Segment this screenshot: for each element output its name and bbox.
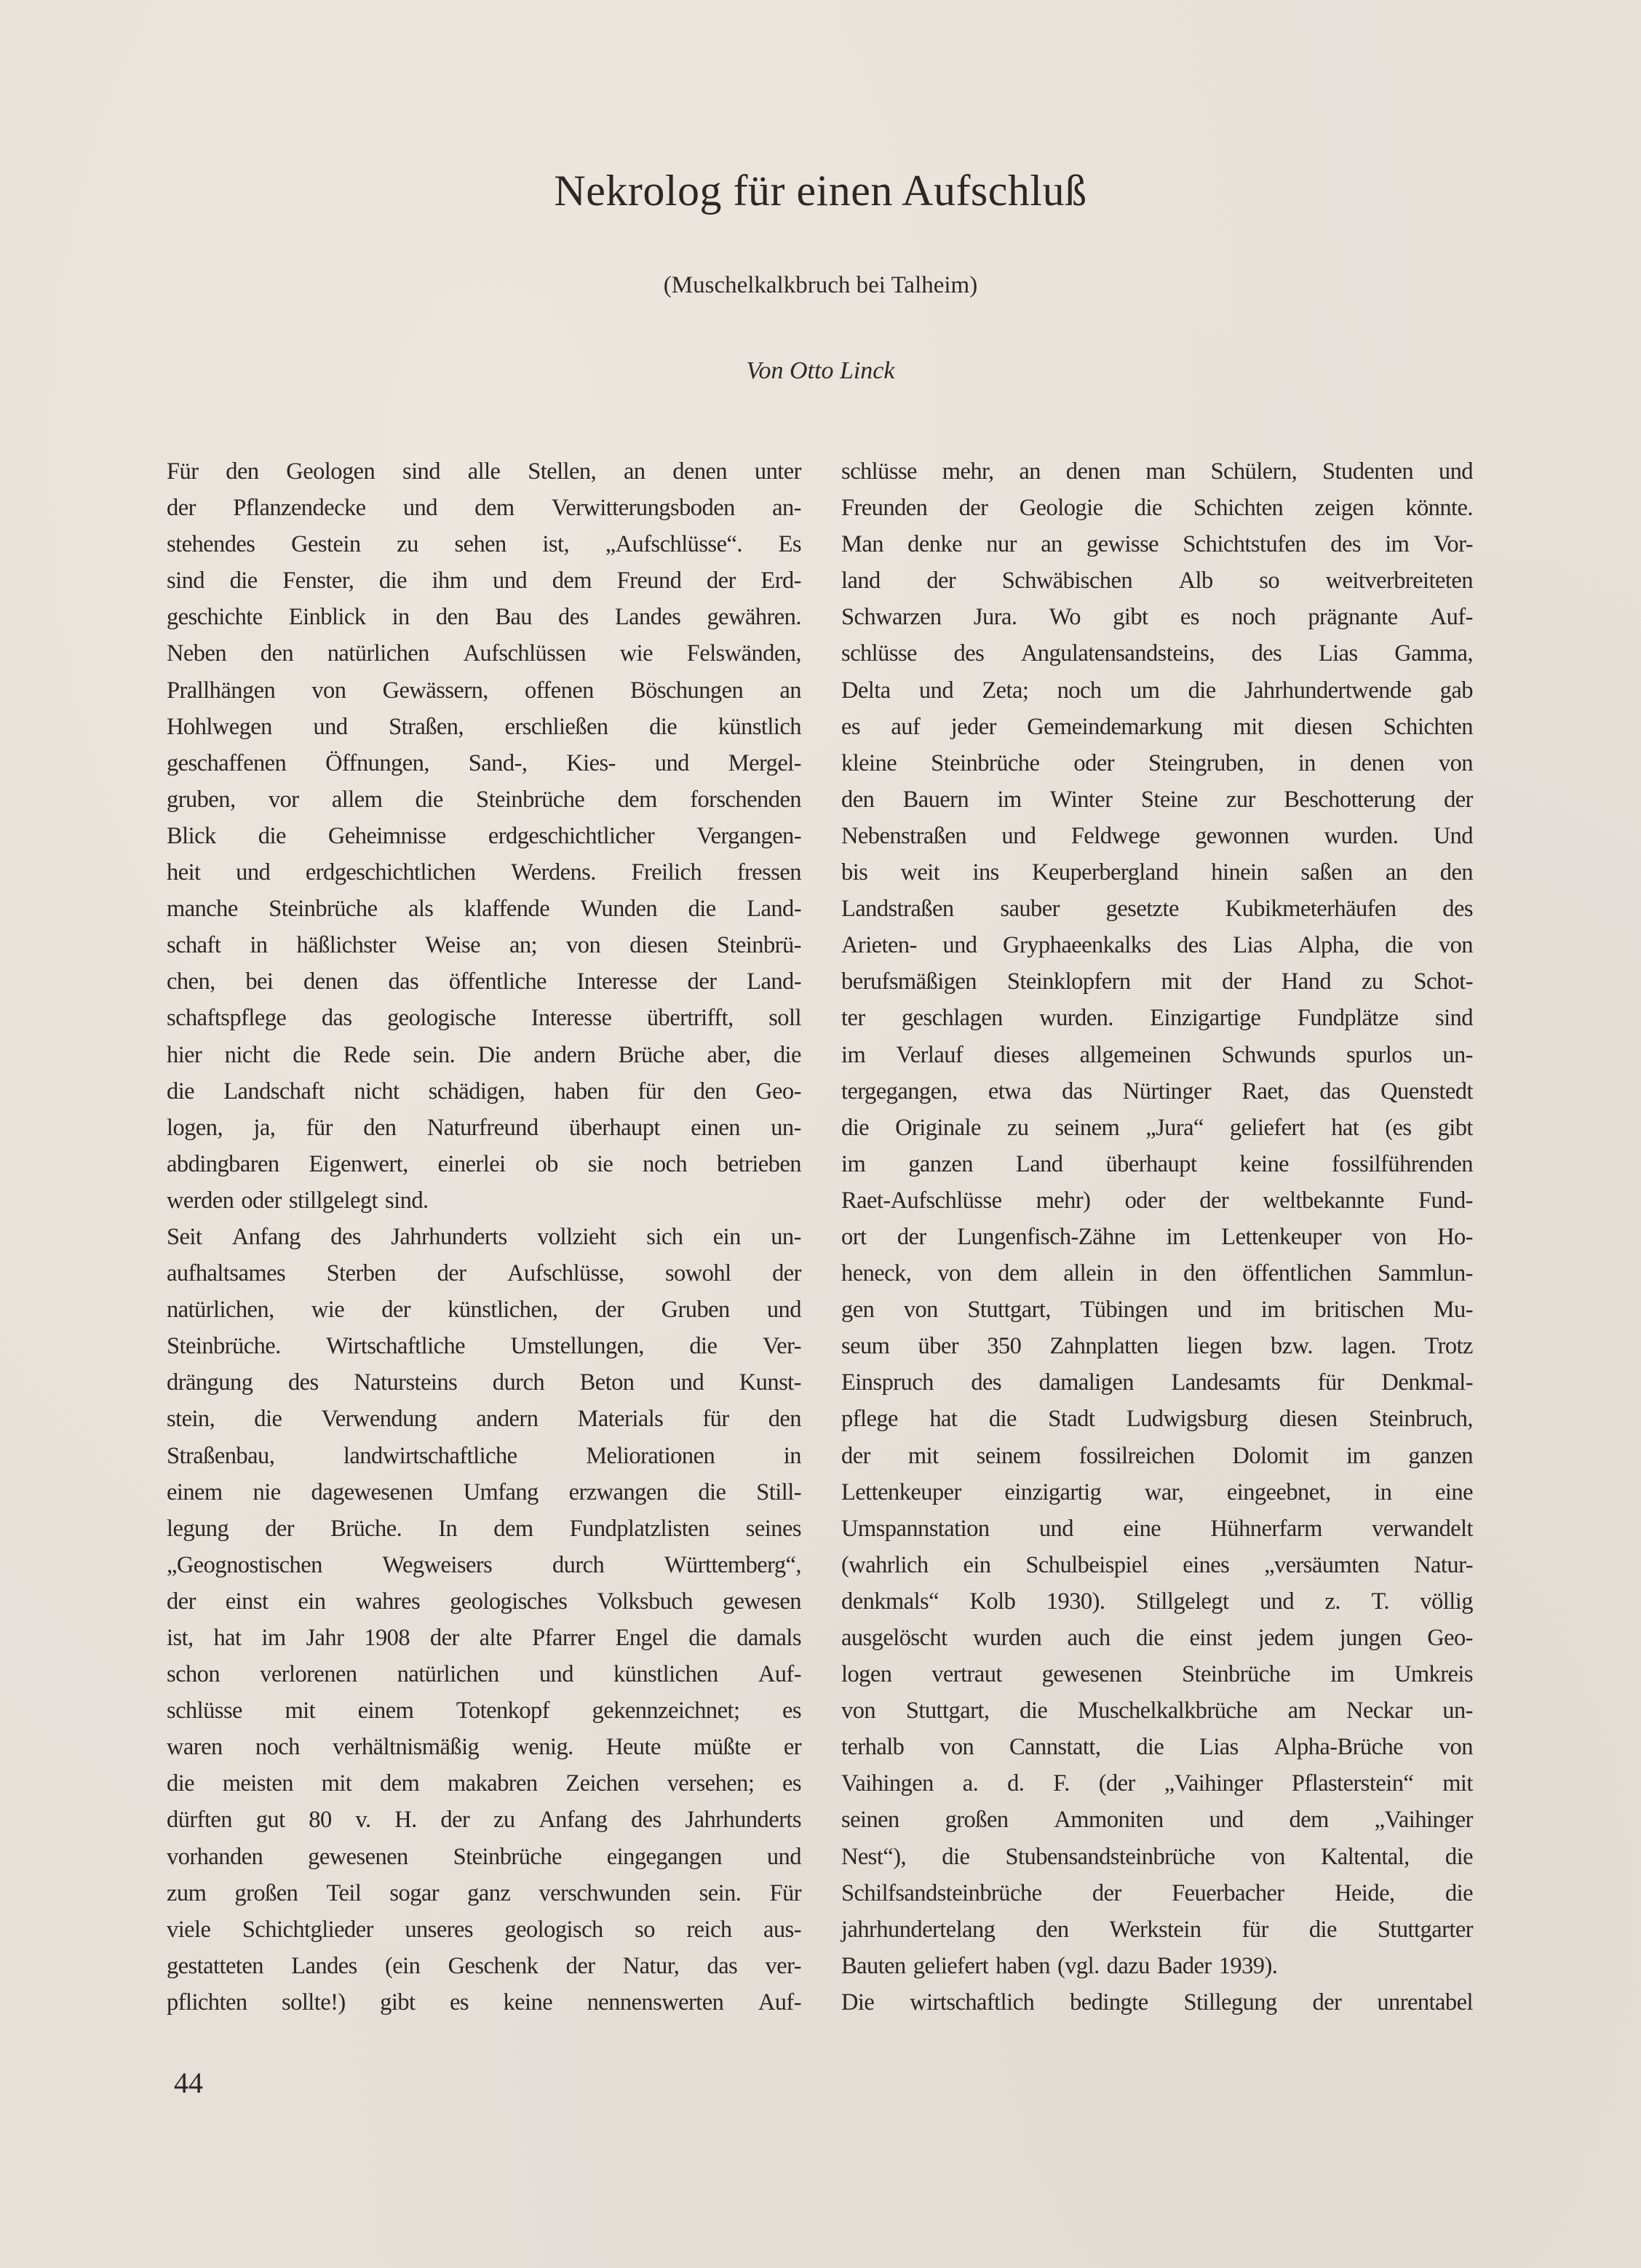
word: die — [841, 1110, 869, 1146]
word: Umkreis — [1394, 1656, 1473, 1692]
word: ort — [841, 1219, 866, 1255]
text-line: heitunderdgeschichtlichenWerdens.Freilic… — [167, 854, 801, 891]
word: die — [1445, 1875, 1473, 1911]
word: jedem — [1258, 1620, 1314, 1656]
text-line: berufsmäßigenSteinklopfernmitderHandzuSc… — [841, 963, 1473, 1000]
word: fossilführenden — [1332, 1146, 1473, 1182]
text-column-right: schlüssemehr,andenenmanSchülern,Studente… — [841, 453, 1473, 2021]
word: des — [330, 1219, 361, 1255]
word: 350 — [987, 1328, 1021, 1364]
word: Umfang — [464, 1474, 539, 1511]
text-line: schlüssedesAngulatensandsteins,desLiasGa… — [841, 635, 1473, 672]
text-line: NebenstraßenundFeldwegegewonnenwurden.Un… — [841, 818, 1473, 854]
word: Hand — [1282, 963, 1331, 1000]
word: Muschelkalkbrüche — [1078, 1692, 1257, 1729]
word: der — [772, 1255, 801, 1292]
word: liegen — [1187, 1328, 1242, 1364]
word: Jura. — [974, 599, 1017, 635]
word: ganz — [467, 1875, 510, 1911]
text-line-words: pflichtensollte!)gibteskeinenennenswerte… — [167, 1984, 801, 2021]
text-line: schlüssemiteinemTotenkopfgekennzeichnet;… — [167, 1692, 801, 1729]
word: seinem — [977, 1438, 1041, 1474]
text-line: stehendesGesteinzusehenist,„Aufschlüsse“… — [167, 526, 801, 562]
word: eine — [1123, 1511, 1161, 1547]
word: wenig. — [512, 1729, 573, 1765]
word: in — [1298, 745, 1316, 781]
word: Zeichen — [565, 1765, 639, 1802]
word: Jahr — [306, 1620, 343, 1656]
word: sind — [167, 562, 204, 599]
text-line: esaufjederGemeindemarkungmitdiesenSchich… — [841, 709, 1473, 745]
word: soll — [768, 1000, 801, 1036]
word: berufsmäßigen — [841, 963, 977, 1000]
word: seinem — [1054, 1110, 1119, 1146]
word: Böschungen — [630, 672, 743, 709]
word: denkmals“ — [841, 1583, 939, 1620]
word: Man — [841, 526, 883, 562]
word: Felswänden, — [687, 635, 801, 672]
word: Sand-, — [469, 745, 528, 781]
word: großen — [945, 1802, 1009, 1838]
text-line: HohlwegenundStraßen,erschließendiekünstl… — [167, 709, 801, 745]
word: Einspruch — [841, 1364, 934, 1401]
word: und — [493, 562, 527, 599]
word: bei — [245, 963, 273, 1000]
word: zu — [493, 1802, 515, 1838]
word: Vergangen- — [696, 818, 801, 854]
word: oder — [1073, 745, 1114, 781]
text-line-words: chen,beidenendasöffentlicheInteressederL… — [167, 963, 801, 1000]
word: Totenkopf — [456, 1692, 549, 1729]
word: übertrifft, — [647, 1000, 734, 1036]
word: Geheimnisse — [328, 818, 446, 854]
text-line-words: ausgelöschtwurdenauchdieeinstjedemjungen… — [841, 1620, 1473, 1656]
word: der — [430, 1620, 459, 1656]
word: schlüsse — [167, 1692, 242, 1729]
word: gewesen — [723, 1583, 801, 1620]
word: wahres — [355, 1583, 420, 1620]
word: sehen — [454, 526, 506, 562]
word: F. — [1053, 1765, 1070, 1802]
text-line-words: Straßenbau,landwirtschaftlicheMelioratio… — [167, 1438, 801, 1474]
word: haben — [554, 1073, 608, 1110]
word: an — [779, 672, 801, 709]
word: Interesse — [577, 963, 658, 1000]
word: schaftspflege — [167, 1000, 286, 1036]
word: damals — [736, 1620, 801, 1656]
word: in — [784, 1438, 801, 1474]
word: für — [637, 1073, 664, 1110]
word: wirtschaftlich — [910, 1984, 1034, 2021]
word: Umspannstation — [841, 1511, 990, 1547]
word: Pflasterstein“ — [1292, 1765, 1413, 1802]
word: eingeebnet, — [1227, 1474, 1331, 1511]
word: mit — [908, 1438, 939, 1474]
word: dem — [474, 490, 514, 526]
word: „Vaihinger — [1164, 1765, 1263, 1802]
word: Cannstatt, — [1009, 1729, 1100, 1765]
word: Raet-Aufschlüsse — [841, 1182, 1001, 1219]
word: am — [1288, 1692, 1316, 1729]
word: die — [1309, 1911, 1337, 1948]
word: in — [1140, 1255, 1157, 1292]
word: dagewesenen — [311, 1474, 432, 1511]
word: gekennzeichnet; — [592, 1692, 740, 1729]
word: Lettenkeuper — [841, 1474, 961, 1511]
word: chen, — [167, 963, 215, 1000]
word: ein — [298, 1583, 325, 1620]
word: Steinbruch, — [1369, 1401, 1473, 1437]
text-line: Nest“),dieStubensandsteinbrüchevonKalten… — [841, 1839, 1473, 1875]
word: man — [1145, 453, 1185, 490]
word: Schwäbischen — [1002, 562, 1132, 599]
word: Schwarzen — [841, 599, 942, 635]
word: prägnante — [1308, 599, 1397, 635]
word: von — [311, 672, 346, 709]
word: die — [1136, 1729, 1164, 1765]
text-line-words: imganzenLandüberhauptkeinefossilführende… — [841, 1146, 1473, 1182]
word: Geo- — [755, 1073, 801, 1110]
word: mit — [1442, 1765, 1473, 1802]
word: Öffnungen, — [325, 745, 429, 781]
word: lagen. — [1341, 1328, 1396, 1364]
word: Volksbuch — [597, 1583, 693, 1620]
word: gewähren. — [707, 599, 801, 635]
word: die — [258, 818, 286, 854]
text-line: EinspruchdesdamaligenLandesamtsfürDenkma… — [841, 1364, 1473, 1401]
text-line: kleineSteinbrücheoderSteingruben,indenen… — [841, 745, 1473, 781]
word: Natur- — [1414, 1547, 1473, 1583]
word: waren — [167, 1729, 223, 1765]
word: und — [767, 1292, 801, 1328]
word: Landes — [291, 1948, 357, 1984]
text-line-words: Bautengelieferthaben(vgl.dazuBader1939). — [841, 1948, 1473, 1984]
text-line: heneck,vondemalleinindenöffentlichenSamm… — [841, 1255, 1473, 1292]
word: und — [313, 709, 347, 745]
text-line: seinengroßenAmmonitenunddem„Vaihinger — [841, 1802, 1473, 1838]
text-line-words: MandenkenurangewisseSchichtstufendesimVo… — [841, 526, 1473, 562]
word: un- — [1442, 1037, 1473, 1073]
word: auch — [1068, 1620, 1110, 1656]
text-line-words: LandstraßensaubergesetzteKubikmeterhäufe… — [841, 891, 1473, 927]
text-line-words: HohlwegenundStraßen,erschließendiekünstl… — [167, 709, 801, 745]
word: häßlichster — [297, 927, 397, 963]
text-line: denkmals“Kolb1930).Stillgelegtundz.T.völ… — [841, 1583, 1473, 1620]
word: Materials — [577, 1401, 663, 1437]
word: eines — [1183, 1547, 1229, 1583]
text-line: SchilfsandsteinbrüchederFeuerbacherHeide… — [841, 1875, 1473, 1911]
word: Vor- — [1434, 526, 1473, 562]
word: land — [841, 562, 881, 599]
word: sein. — [413, 1037, 456, 1073]
word: verschwunden — [539, 1875, 670, 1911]
word: der — [926, 562, 955, 599]
text-line: (wahrlicheinSchulbeispieleines„versäumte… — [841, 1547, 1473, 1583]
word: von — [939, 1729, 974, 1765]
word: künstlichen, — [448, 1292, 557, 1328]
text-line: Steinbrüche.WirtschaftlicheUmstellungen,… — [167, 1328, 801, 1364]
text-line: pflegehatdieStadtLudwigsburgdiesenSteinb… — [841, 1401, 1473, 1437]
word: des — [954, 635, 985, 672]
word: Meliorationen — [586, 1438, 715, 1474]
word: etwa — [988, 1073, 1031, 1110]
word: die — [649, 709, 677, 745]
text-line-words: BlickdieGeheimnisseerdgeschichtlicherVer… — [167, 818, 801, 854]
word: und — [403, 490, 437, 526]
word: diesen — [1295, 709, 1353, 745]
text-line-words: UmspannstationundeineHühnerfarmverwandel… — [841, 1511, 1473, 1547]
text-line: dermitseinemfossilreichenDolomitimganzen — [841, 1438, 1473, 1474]
word: es — [1180, 599, 1199, 635]
text-line-words: logen,ja,fürdenNaturfreundüberhaupteinen… — [167, 1110, 801, 1146]
word: der — [1313, 1984, 1342, 2021]
word: vorhanden — [167, 1839, 263, 1875]
word: gewonnen — [1195, 818, 1289, 854]
text-line: Bautengelieferthaben(vgl.dazuBader1939). — [841, 1948, 1473, 1984]
text-line-words: drängungdesNatursteinsdurchBetonundKunst… — [167, 1364, 801, 1401]
word: betrieben — [717, 1146, 801, 1182]
text-line: vonStuttgart,dieMuschelkalkbrücheamNecka… — [841, 1692, 1473, 1729]
word: weit — [901, 854, 940, 891]
word: 1930). — [1046, 1583, 1105, 1620]
word: einem — [167, 1474, 223, 1511]
word: un- — [771, 1110, 801, 1146]
text-line-words: „GeognostischenWegweisersdurchWürttember… — [167, 1547, 801, 1583]
word: abdingbaren — [167, 1146, 279, 1182]
word: der — [1222, 963, 1251, 1000]
word: der — [707, 562, 736, 599]
text-line-words: SeitAnfangdesJahrhundertsvollziehtsichei… — [167, 1219, 801, 1255]
word: denen — [1066, 453, 1121, 490]
text-line: schonverlorenennatürlichenundkünstlichen… — [167, 1656, 801, 1692]
word: (der — [1099, 1765, 1135, 1802]
word: könnte. — [1405, 490, 1473, 526]
word: die — [688, 1620, 716, 1656]
word: Prallhängen — [167, 672, 275, 709]
word: Die — [841, 1984, 874, 2021]
text-line-words: genvonStuttgart,TübingenundimbritischenM… — [841, 1292, 1473, 1328]
word: Tübingen — [1080, 1292, 1167, 1328]
word: des — [1330, 526, 1361, 562]
word: Wirtschaftliche — [326, 1328, 465, 1364]
text-line-words: Steinbrüche.WirtschaftlicheUmstellungen,… — [167, 1328, 801, 1364]
word: Natursteins — [354, 1364, 457, 1401]
word: noch — [1231, 599, 1276, 635]
word: terhalb — [841, 1729, 904, 1765]
word: Hohlwegen — [167, 709, 272, 745]
text-line: geschichteEinblickindenBaudesLandesgewäh… — [167, 599, 801, 635]
word: gibt — [380, 1984, 415, 2021]
word: ja, — [253, 1110, 275, 1146]
word: ganzen — [908, 1146, 973, 1182]
word: erdgeschichtlichen — [306, 854, 476, 891]
word: den — [1036, 1911, 1068, 1948]
word: vollzieht — [537, 1219, 616, 1255]
word: Lettenkeuper — [1221, 1219, 1341, 1255]
text-line-words: vieleSchichtgliederunseresgeologischsore… — [167, 1911, 801, 1948]
word: hinein — [1211, 854, 1268, 891]
text-line-words: hiernichtdieRedesein.DieandernBrücheaber… — [167, 1037, 801, 1073]
word: öffentlichen — [1242, 1255, 1351, 1292]
word: Schulbeispiel — [1025, 1547, 1148, 1583]
word: das — [1062, 1073, 1092, 1110]
word: die — [774, 1037, 801, 1073]
word: der — [1092, 1875, 1121, 1911]
word: andern — [476, 1401, 538, 1437]
text-line-words: vorhandengewesenenSteinbrücheeingegangen… — [167, 1839, 801, 1875]
text-line: vorhandengewesenenSteinbrücheeingegangen… — [167, 1839, 801, 1875]
word: landwirtschaftliche — [343, 1438, 517, 1474]
word: noch — [255, 1729, 300, 1765]
word: diesen — [629, 927, 688, 963]
word: Steinklopfern — [1007, 963, 1131, 1000]
text-line: legungderBrüche.IndemFundplatzlistensein… — [167, 1511, 801, 1547]
text-line-words: SchwarzenJura.WogibtesnochprägnanteAuf- — [841, 599, 1473, 635]
word: die — [416, 781, 443, 818]
word: diesen — [1279, 1401, 1338, 1437]
word: die — [698, 1474, 726, 1511]
word: Geologie — [1020, 490, 1103, 526]
word: oder — [1125, 1182, 1166, 1219]
word: viele — [167, 1911, 210, 1948]
word: zur — [1226, 781, 1255, 818]
word: dazu — [1107, 1948, 1150, 1984]
text-line: terhalbvonCannstatt,dieLiasAlpha-Brüchev… — [841, 1729, 1473, 1765]
word: reich — [686, 1911, 731, 1948]
word: Ammoniten — [1054, 1802, 1163, 1838]
word: aufhaltsames — [167, 1255, 285, 1292]
text-line: logenvertrautgewesenenSteinbrücheimUmkre… — [841, 1656, 1473, 1692]
word: der — [959, 490, 988, 526]
word: Stellen, — [528, 453, 596, 490]
word: fossilreichen — [1078, 1438, 1194, 1474]
word: das — [707, 1948, 738, 1984]
word: Still- — [756, 1474, 801, 1511]
word: un- — [1442, 1692, 1473, 1729]
word: öffentliche — [449, 963, 547, 1000]
word: Kubikmeterhäufen — [1225, 891, 1396, 927]
word: bedingte — [1070, 1984, 1148, 2021]
word: werden — [167, 1182, 234, 1219]
text-line: BlickdieGeheimnisseerdgeschichtlicherVer… — [167, 818, 801, 854]
word: kleine — [841, 745, 897, 781]
word: an; — [509, 927, 537, 963]
word: z. — [1325, 1583, 1340, 1620]
word: Dolomit — [1232, 1438, 1308, 1474]
word: von — [841, 1692, 875, 1729]
word: britischen — [1314, 1292, 1404, 1328]
word: (wahrlich — [841, 1547, 929, 1583]
word: „Vaihinger — [1375, 1802, 1473, 1838]
text-line: werdenoderstillgelegtsind. — [167, 1182, 801, 1219]
word: Naturfreund — [427, 1110, 539, 1146]
word: einerlei — [438, 1146, 506, 1182]
word: dem — [618, 781, 657, 818]
word: Straßen, — [389, 709, 464, 745]
word: nie — [253, 1474, 281, 1511]
text-line: Raet-Aufschlüssemehr)oderderweltbekannte… — [841, 1182, 1473, 1219]
word: Stillegung — [1184, 1984, 1277, 2021]
word: makabren — [448, 1765, 538, 1802]
word: der — [1199, 1182, 1228, 1219]
word: in — [392, 599, 410, 635]
word: Sterben — [327, 1255, 396, 1292]
word: saßen — [1300, 854, 1352, 891]
text-line-words: ist,hatimJahr1908deraltePfarrerEngeldied… — [167, 1620, 801, 1656]
word: Angulatensandsteins, — [1021, 635, 1215, 672]
text-line-words: schonverlorenennatürlichenundkünstlichen… — [167, 1656, 801, 1692]
word: d. — [1007, 1765, 1024, 1802]
word: Stuttgart, — [906, 1692, 990, 1729]
word: tergegangen, — [841, 1073, 958, 1110]
word: die — [1136, 1620, 1164, 1656]
word: Heute — [606, 1729, 661, 1765]
word: natürlichen — [397, 1656, 499, 1692]
word: Mu- — [1434, 1292, 1473, 1328]
text-line: SchwarzenJura.WogibtesnochprägnanteAuf- — [841, 599, 1473, 635]
word: Land — [1016, 1146, 1063, 1182]
word: Ludwigsburg — [1127, 1401, 1248, 1437]
word: und — [1260, 1583, 1294, 1620]
word: auf — [891, 709, 920, 745]
word: oder — [241, 1182, 282, 1219]
word: Schichtstufen — [1183, 526, 1306, 562]
word: und — [1001, 818, 1036, 854]
word: Württemberg“, — [664, 1547, 801, 1583]
word: den — [261, 635, 293, 672]
word: des — [631, 1802, 661, 1838]
word: dieses — [993, 1037, 1049, 1073]
word: im — [841, 1146, 865, 1182]
word: Jahrhunderts — [391, 1219, 506, 1255]
word: seum — [841, 1328, 889, 1364]
word: erdgeschichtlicher — [488, 818, 654, 854]
word: Werdens. — [511, 854, 596, 891]
word: und — [919, 672, 953, 709]
article-author: Von Otto Linck — [0, 355, 1641, 387]
text-line: warennochverhältnismäßigwenig.Heutemüßte… — [167, 1729, 801, 1765]
word: Schichtglieder — [242, 1911, 373, 1948]
word: Bau — [495, 599, 532, 635]
word: sein. — [699, 1875, 742, 1911]
word: und — [942, 927, 977, 963]
word: sind — [1435, 1000, 1473, 1036]
word: und — [767, 1839, 801, 1875]
word: Keuperbergland — [1032, 854, 1178, 891]
word: Schichten — [1383, 709, 1473, 745]
text-line: tergegangen,etwadasNürtingerRaet,dasQuen… — [841, 1073, 1473, 1110]
word: sich — [646, 1219, 683, 1255]
word: fressen — [737, 854, 801, 891]
word: ter — [841, 1000, 865, 1036]
word: an — [624, 453, 645, 490]
word: nicht — [354, 1073, 399, 1110]
word: einst — [226, 1583, 269, 1620]
word: Landschaft — [223, 1073, 325, 1110]
word: Raet, — [1241, 1073, 1289, 1110]
word: logen, — [167, 1110, 223, 1146]
text-line-words: EinspruchdesdamaligenLandesamtsfürDenkma… — [841, 1364, 1473, 1401]
word: völlig — [1420, 1583, 1473, 1620]
word: für — [1242, 1911, 1268, 1948]
word: denke — [907, 526, 962, 562]
word: manche — [167, 891, 238, 927]
word: gewesenen — [1042, 1656, 1143, 1692]
text-line: FürdenGeologensindalleStellen,andenenunt… — [167, 453, 801, 490]
word: von — [1439, 927, 1473, 963]
word: Arieten- — [841, 927, 917, 963]
word: Neckar — [1346, 1692, 1412, 1729]
